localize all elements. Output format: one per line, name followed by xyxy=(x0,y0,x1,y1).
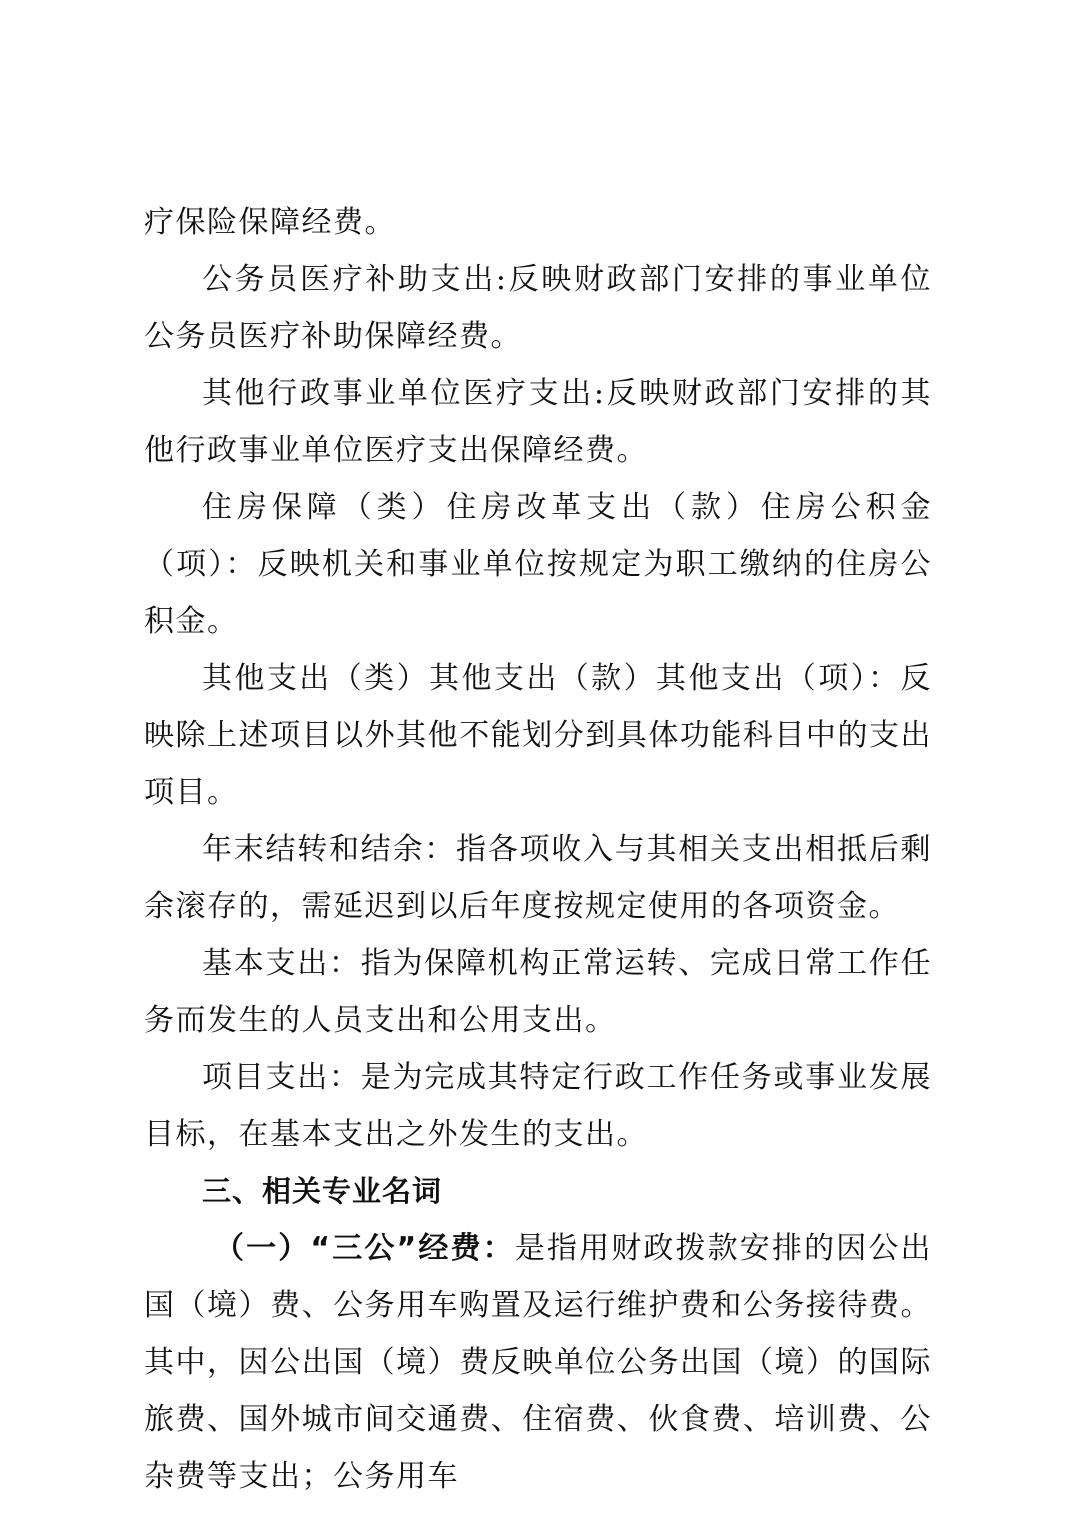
paragraph-housing-provident-fund: 住房保障（类）住房改革支出（款）住房公积金（项）：反映机关和事业单位按规定为职工… xyxy=(144,479,932,650)
document-page: 疗保险保障经费。 公务员医疗补助支出:反映财政部门安排的事业单位公务员医疗补助保… xyxy=(144,194,932,1505)
paragraph-three-public-expenses: （一）“三公”经费：是指用财政拨款安排的因公出国（境）费、公务用车购置及运行维护… xyxy=(144,1220,932,1505)
paragraph-basic-expenditure: 基本支出：指为保障机构正常运转、完成日常工作任务而发生的人员支出和公用支出。 xyxy=(144,935,932,1049)
paragraph-year-end-carryover: 年末结转和结余：指各项收入与其相关支出相抵后剩余滚存的，需延迟到以后年度按规定使… xyxy=(144,821,932,935)
paragraph-project-expenditure: 项目支出：是为完成其特定行政工作任务或事业发展目标，在基本支出之外发生的支出。 xyxy=(144,1049,932,1163)
paragraph-other-medical-expenditure: 其他行政事业单位医疗支出:反映财政部门安排的其他行政事业单位医疗支出保障经费。 xyxy=(144,365,932,479)
paragraph-medical-insurance-tail: 疗保险保障经费。 xyxy=(144,194,932,251)
paragraph-other-expenditure: 其他支出（类）其他支出（款）其他支出（项）：反映除上述项目以外其他不能划分到具体… xyxy=(144,650,932,821)
subsection-text: 是指用财政拨款安排的因公出国（境）费、公务用车购置及运行维护费和公务接待费。其中… xyxy=(144,1231,932,1494)
paragraph-civil-servant-medical-subsidy: 公务员医疗补助支出:反映财政部门安排的事业单位公务员医疗补助保障经费。 xyxy=(144,251,932,365)
subsection-lead: （一）“三公”经费： xyxy=(214,1231,515,1266)
section-heading: 三、相关专业名词 xyxy=(144,1163,932,1220)
